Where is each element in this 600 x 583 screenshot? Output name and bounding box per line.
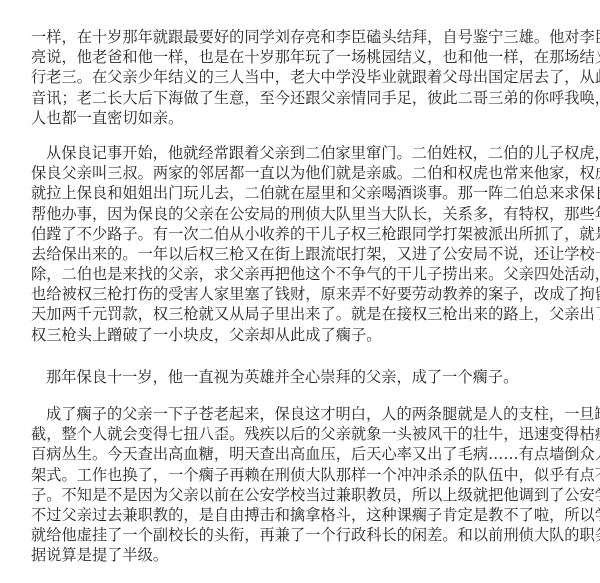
text-line: 那年保良十一岁，他一直视为英雄并全心崇拜的父亲，成了一个瘸子。 bbox=[31, 367, 559, 387]
text-line: 除，二伯也是来找的父亲，求父亲再把他这个不争气的干儿子捞出来。父亲四处活动，二伯 bbox=[31, 264, 559, 284]
text-line: 亮说，他老爸和他一样，也是在十岁那年玩了一场桃园结义，也和他一样，在那场结义中排 bbox=[31, 47, 559, 67]
text-line: 就拉上保良和姐姐出门玩儿去，二伯就在屋里和父亲喝酒谈事。那一阵二伯总来求保良父亲 bbox=[31, 183, 559, 203]
text-line: 天加两千元罚款，权三枪就又从局子里出来了。就是在接权三枪出来的路上，父亲出了车祸… bbox=[31, 304, 559, 324]
document-page: 一样，在十岁那年就跟最要好的同学刘存亮和李臣磕头结拜，自号鉴宁三雄。他对李臣刘存… bbox=[31, 27, 559, 566]
text-line: 成了瘸子的父亲一下子苍老起来，保良这才明白，人的两条腿就是人的支柱，一旦缺了一 bbox=[31, 404, 559, 424]
text-line: 不过父亲过去兼职教的，是自由搏击和擒拿格斗，这种课瘸子肯定是教不了啦，所以学校里 bbox=[31, 505, 559, 525]
text-line: 就给他虚挂了一个副校长的头衔，再兼了一个行政科长的闲差。和以前刑侦大队的职务相比… bbox=[31, 525, 559, 545]
text-line: 保良父亲叫三叔。两家的邻居都一直以为他们就是亲戚。二伯和权虎也常来他家，权虎一来 bbox=[31, 163, 559, 183]
paragraph-2: 从保良记事开始，他就经常跟着父亲到二伯家里窜门。二伯姓权，二伯的儿子权虎，也冲 … bbox=[31, 143, 559, 345]
text-line: 伯蹚了不少路子。有一次二伯从小收养的干儿子权三枪跟同学打架被派出所抓了，就是父亲 bbox=[31, 224, 559, 244]
paragraph-4: 成了瘸子的父亲一下子苍老起来，保良这才明白，人的两条腿就是人的支柱，一旦缺了一 … bbox=[31, 404, 559, 566]
text-line: 权三枪头上蹭破了一小块皮，父亲却从此成了瘸子。 bbox=[31, 325, 559, 345]
text-line: 子。不知是不是因为父亲以前在公安学校当过兼职教员，所以上级就把他调到了公安学校。 bbox=[31, 485, 559, 505]
text-line: 也给被权三枪打伤的受害人家里塞了钱财，原来弄不好要劳动教养的案子，改成了拘留十五 bbox=[31, 284, 559, 304]
text-line: 从保良记事开始，他就经常跟着父亲到二伯家里窜门。二伯姓权，二伯的儿子权虎，也冲 bbox=[31, 143, 559, 163]
text-line: 架式。工作也换了，一个瘸子再赖在刑侦大队那样一个冲冲杀杀的队伍中，似乎有点不成样 bbox=[31, 465, 559, 485]
text-line: 去给保出来的。一年以后权三枪又在街上跟流氓打架，又进了公安局不说，还让学校一怒开 bbox=[31, 244, 559, 264]
text-line: 百病丛生。今天查出高血糖，明天查出高血压，后天心率又出了毛病……有点墙倒众人推的 bbox=[31, 444, 559, 464]
text-line: 据说算是提了半级。 bbox=[31, 545, 559, 565]
paragraph-1: 一样，在十岁那年就跟最要好的同学刘存亮和李臣磕头结拜，自号鉴宁三雄。他对李臣刘存… bbox=[31, 27, 559, 128]
text-line: 行老三。在父亲少年结义的三人当中，老大中学没毕业就跟着父母出国定居去了，从此没了 bbox=[31, 67, 559, 87]
text-line: 一样，在十岁那年就跟最要好的同学刘存亮和李臣磕头结拜，自号鉴宁三雄。他对李臣刘存 bbox=[31, 27, 559, 47]
text-line: 帮他办事，因为保良的父亲在公安局的刑侦大队里当大队长，关系多，有特权，那些年帮二 bbox=[31, 204, 559, 224]
text-line: 截，整个人就会变得七扭八歪。残疾以后的父亲就象一头被风干的壮牛，迅速变得枯瘦萎靡… bbox=[31, 424, 559, 444]
paragraph-3: 那年保良十一岁，他一直视为英雄并全心崇拜的父亲，成了一个瘸子。 bbox=[31, 367, 559, 387]
text-line: 音讯；老二长大后下海做了生意，至今还跟父亲情同手足，彼此二哥三弟的你呼我唤，两家 bbox=[31, 88, 559, 108]
text-line: 人也都一直密切如亲。 bbox=[31, 108, 559, 128]
